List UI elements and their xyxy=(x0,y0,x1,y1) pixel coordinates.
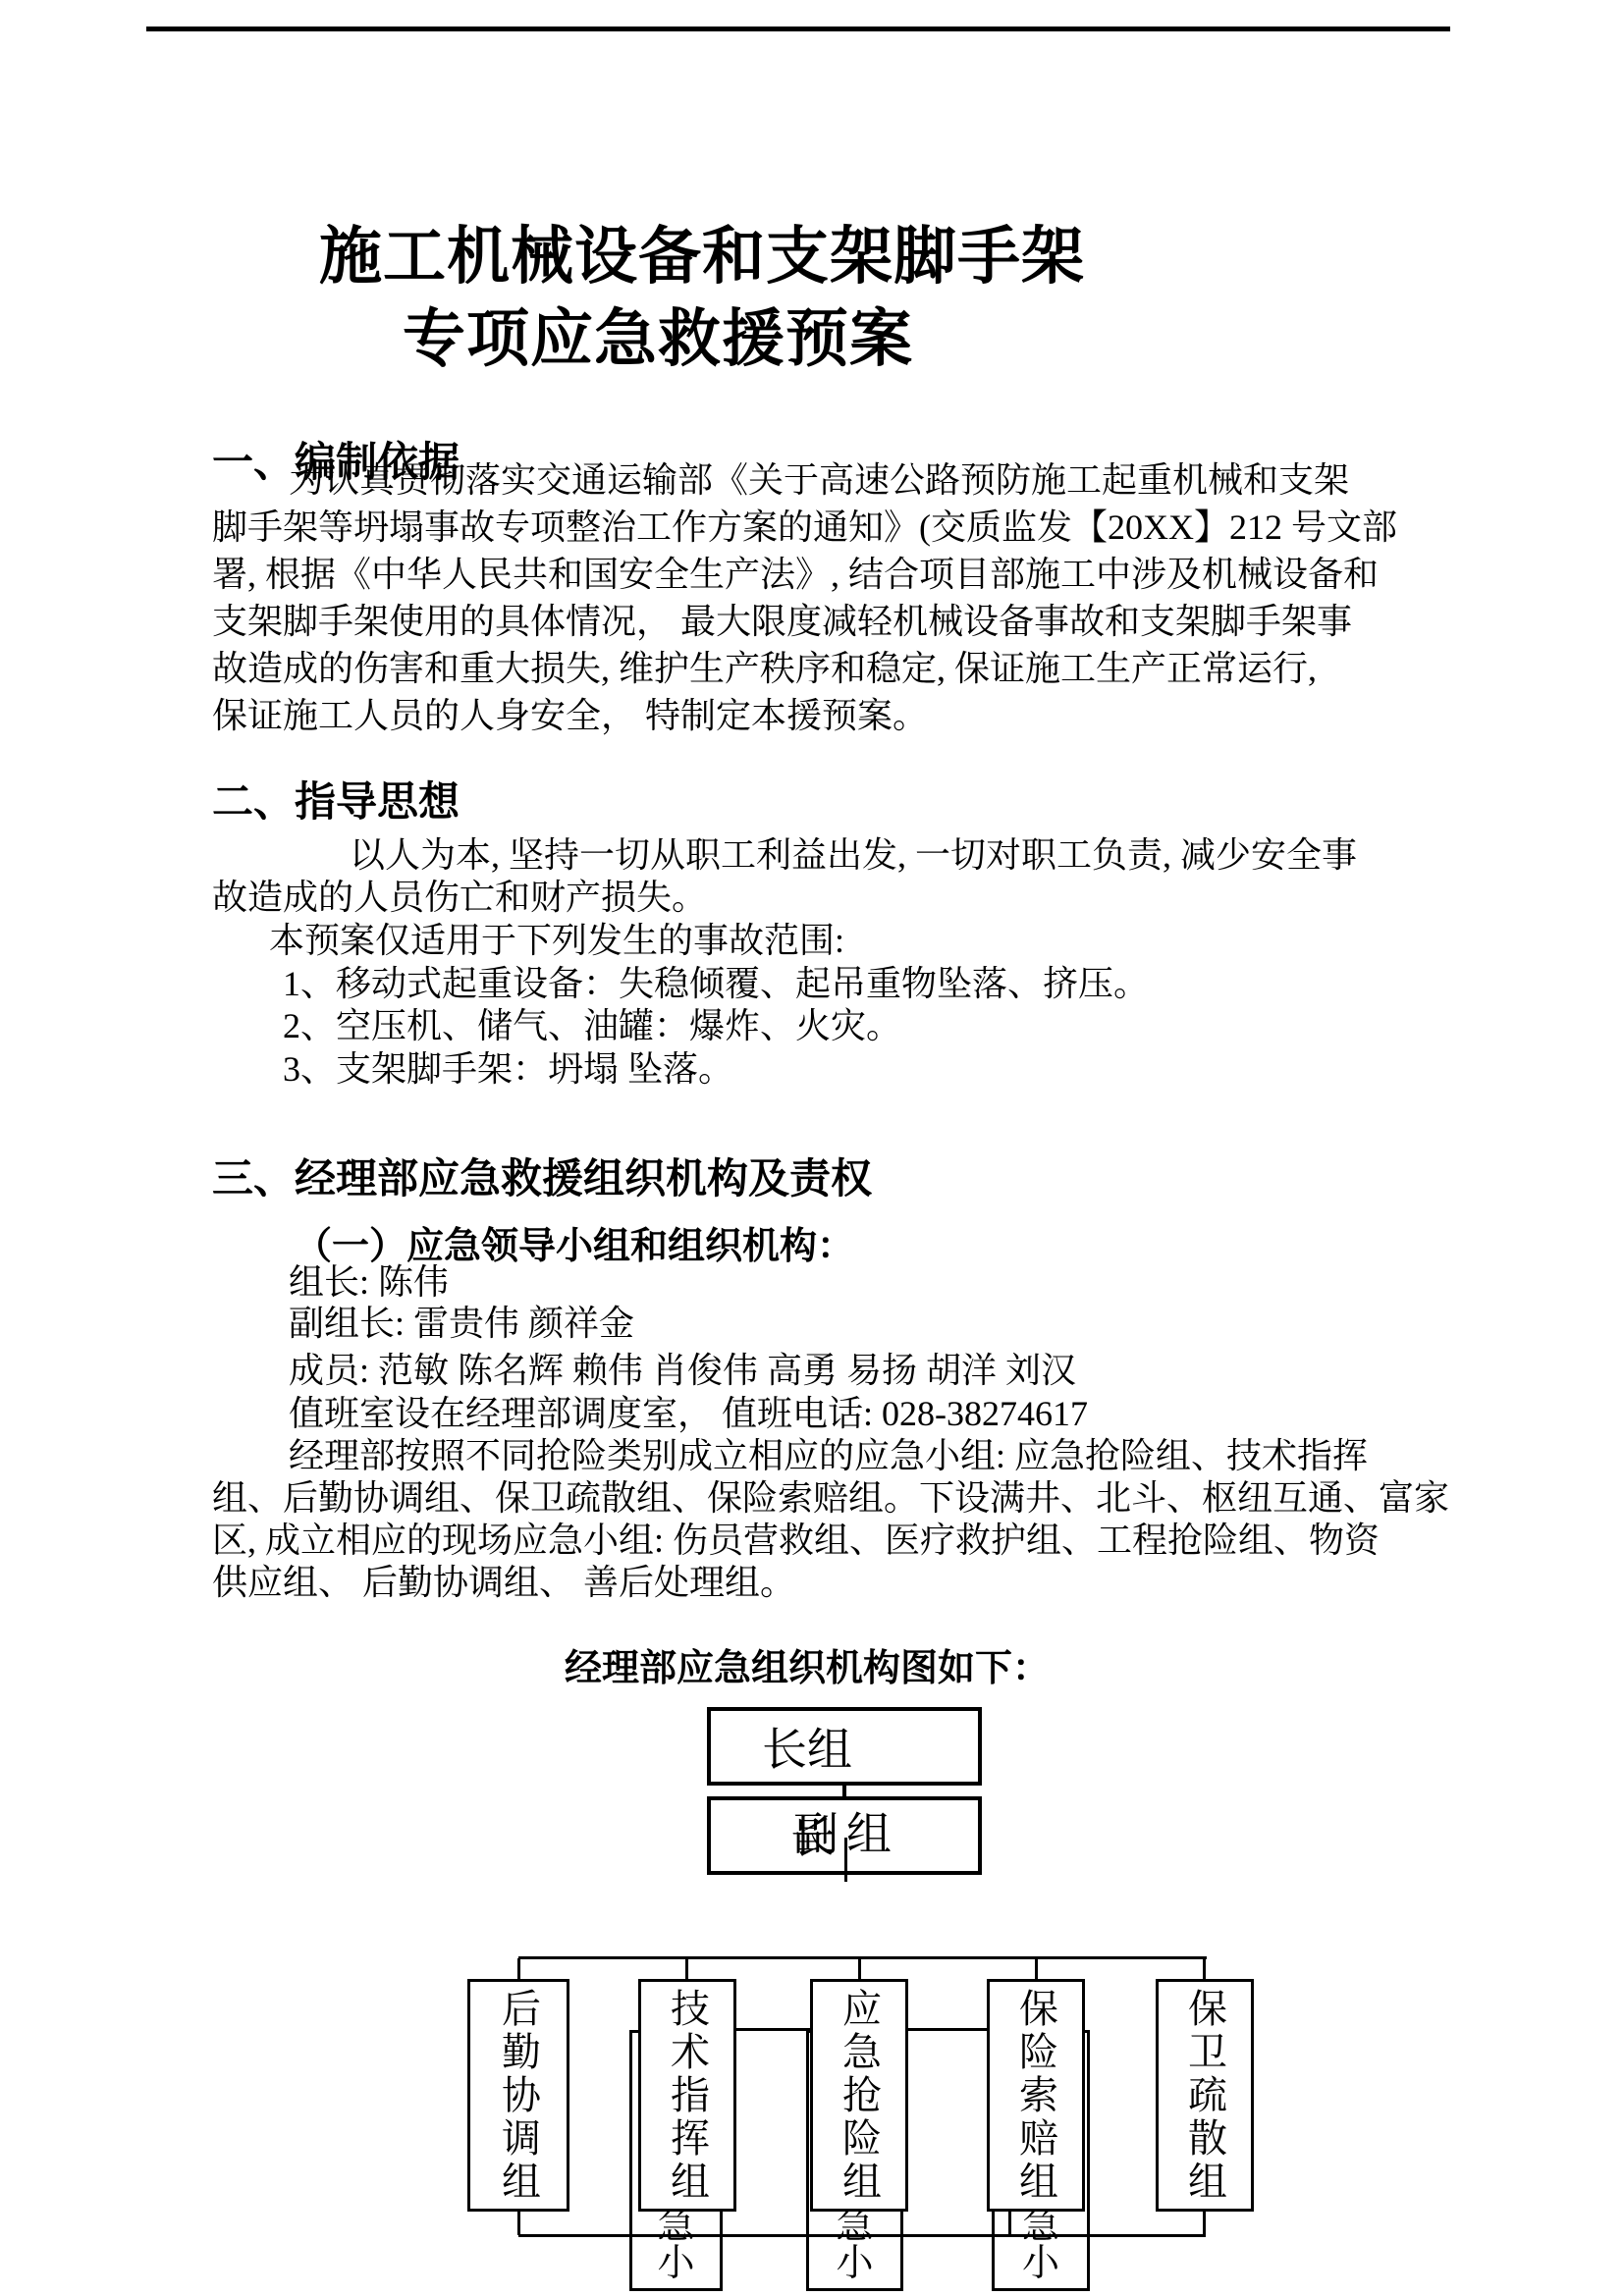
tier-connector-line xyxy=(518,1956,1207,1959)
subgroup-char: 小 xyxy=(809,2245,900,2282)
org-box-deputy-char-b: 长 xyxy=(790,1815,836,1860)
section2-list-item: 2、空压机、储气、油罐：爆炸、火灾。 xyxy=(283,1005,901,1047)
connector-deputy-tail xyxy=(844,1838,847,1882)
section2-line: 故造成的人员伤亡和财产损失。 xyxy=(212,877,707,919)
org-box-group-label: 后勤协调组 xyxy=(491,1988,547,2204)
org-box-group: 技术指挥组 xyxy=(638,1979,736,2212)
section3-line: 组、后勤协调组、保卫疏散组、保险索赔组。下设满井、北斗、枢纽互通、富家 xyxy=(212,1477,1449,1520)
bottom-stub xyxy=(517,2212,520,2235)
section3-line: 副组长: 雷贵伟 颜祥金 xyxy=(289,1303,634,1345)
subgroup-char: 急 xyxy=(632,2208,720,2245)
org-chart-caption: 经理部应急组织机构图如下： xyxy=(565,1637,1050,1691)
section1-line: 署, 根据《中华人民共和国安全生产法》, 结合项目部施工中涉及机械设备和 xyxy=(212,554,1379,596)
section2-list-item: 3、支架脚手架：坍塌 坠落。 xyxy=(283,1048,733,1091)
org-box-leader-label: 长组 xyxy=(762,1714,852,1779)
section3-line: 成员: 范敏 陈名辉 赖伟 肖俊伟 高勇 易扬 胡洋 刘汉 xyxy=(289,1350,1076,1392)
org-box-group-label: 保卫疏散组 xyxy=(1177,1988,1233,2204)
tier-stub xyxy=(517,1958,520,1980)
org-box-group: 保卫疏散组 xyxy=(1156,1979,1254,2212)
doc-title-line-1: 施工机械设备和支架脚手架 xyxy=(319,206,1085,296)
section3-line: 区, 成立相应的现场应急小组: 伤员营救组、医疗救护组、工程抢险组、物资 xyxy=(212,1520,1380,1562)
tier-stub xyxy=(858,1958,861,1980)
section1-line: 支架脚手架使用的具体情况， 最大限度减轻机械设备事故和支架脚手架事 xyxy=(212,601,1352,643)
bottom-connector-line xyxy=(518,2234,1206,2237)
org-box-group: 应急抢险组 xyxy=(810,1979,908,2212)
org-box-group: 保险索赔组 xyxy=(987,1979,1085,2212)
section2-line: 本预案仅适用于下列发生的事故范围: xyxy=(269,920,844,962)
doc-title-line-2: 专项应急救援预案 xyxy=(403,289,913,379)
org-box-group-label: 保险索赔组 xyxy=(1008,1988,1064,2204)
org-box-group-label: 应急抢险组 xyxy=(832,1988,888,2204)
section3-line: 供应组、 后勤协调组、 善后处理组。 xyxy=(212,1562,795,1604)
mid-connector-segment xyxy=(735,2028,812,2031)
section2-heading: 二、指导思想 xyxy=(212,770,460,828)
bottom-stub xyxy=(1008,2212,1011,2235)
document-page: 施工机械设备和支架脚手架 专项应急救援预案 一、编制依据 为认真贯彻落实交通运输… xyxy=(0,0,1624,2296)
org-box-leader: 长组 xyxy=(707,1707,982,1786)
mid-connector-segment xyxy=(908,2028,989,2031)
subgroup-char: 小 xyxy=(995,2245,1087,2282)
section3-heading: 三、经理部应急救援组织机构及责权 xyxy=(212,1147,872,1205)
section1-line: 保证施工人员的人身安全， 特制定本援预案。 xyxy=(212,695,928,737)
header-rule xyxy=(146,27,1450,31)
section3-line: 经理部按照不同抢险类别成立相应的应急小组: 应急抢险组、技术指挥 xyxy=(289,1435,1368,1477)
bottom-stub xyxy=(1203,2212,1206,2235)
tier-stub xyxy=(685,1958,688,1980)
section1-line: 脚手架等坍塌事故专项整治工作方案的通知》(交质监发【20XX】212 号文部 xyxy=(212,507,1397,549)
section1-line: 为认真贯彻落实交通运输部《关于高速公路预防施工起重机械和支架 xyxy=(289,459,1349,502)
org-box-group-label: 技术指挥组 xyxy=(660,1988,716,2204)
tier-stub xyxy=(1035,1958,1038,1980)
section2-line: 以人为本, 坚持一切从职工利益出发, 一切对职工负责, 减少安全事 xyxy=(350,834,1357,877)
section2-list-item: 1、移动式起重设备：失稳倾覆、起吊重物坠落、挤压。 xyxy=(283,963,1149,1005)
subgroup-char: 急 xyxy=(809,2208,900,2245)
section1-line: 故造成的伤害和重大损失, 维护生产秩序和稳定, 保证施工生产正常运行, xyxy=(212,648,1317,690)
connector-leader-deputy xyxy=(842,1785,846,1796)
section3-line: 值班室设在经理部调度室， 值班电话: 028-38274617 xyxy=(289,1393,1088,1435)
org-box-group: 后勤协调组 xyxy=(467,1979,569,2212)
tier-stub xyxy=(1203,1958,1206,1980)
subgroup-char: 小 xyxy=(632,2245,720,2282)
org-box-deputy-char-c: 组 xyxy=(846,1812,892,1857)
section3-line: 组长: 陈伟 xyxy=(289,1261,449,1304)
